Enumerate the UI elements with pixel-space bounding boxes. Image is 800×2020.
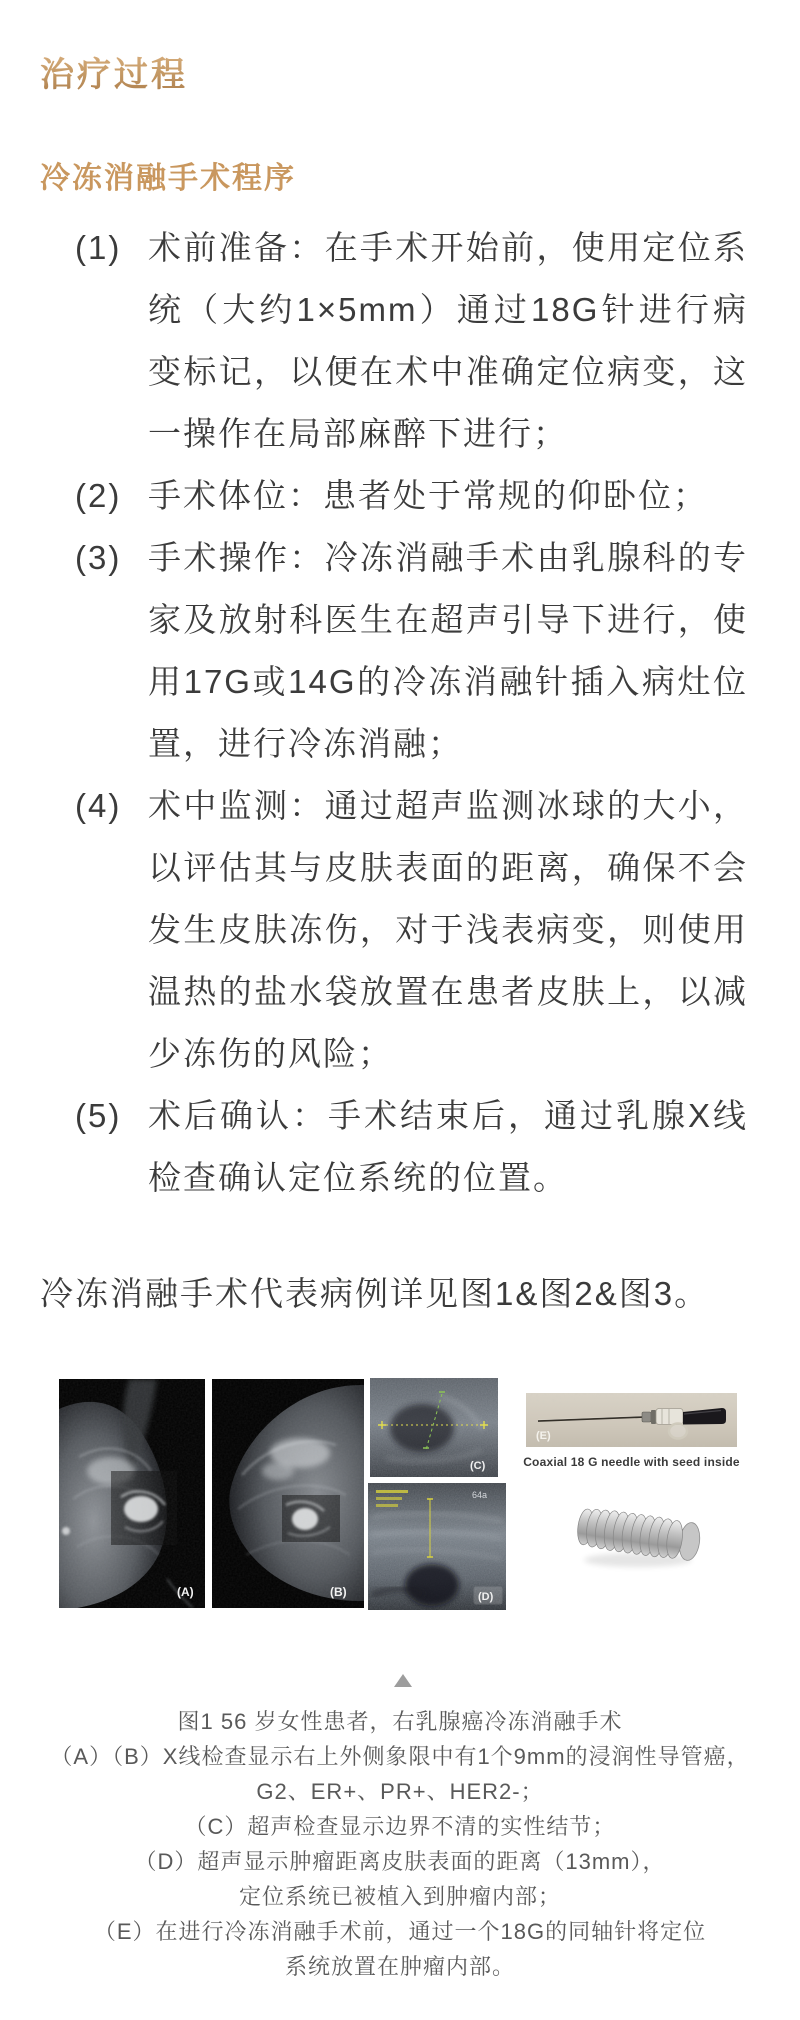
mammogram-a-graphic: (A): [59, 1379, 205, 1608]
list-item: (5) 术后确认：手术结束后，通过乳腺X线检查确认定位系统的位置。: [75, 1085, 748, 1209]
figure-caption-line: G2、ER+、PR+、HER2-；: [0, 1774, 800, 1809]
figure-caption-line: （D）超声显示肿瘤距离皮肤表面的距离（13mm），: [0, 1844, 800, 1879]
panel-label-a: (A): [177, 1585, 194, 1599]
figure-caption: 图1 56 岁女性患者，右乳腺癌冷冻消融手术 （A）（B）X线检查显示右上外侧象…: [0, 1704, 800, 1984]
mammogram-b-image: (B): [212, 1379, 364, 1608]
list-item-number: (2): [75, 465, 148, 527]
figure-caption-line: 图1 56 岁女性患者，右乳腺癌冷冻消融手术: [0, 1704, 800, 1739]
panel-label-c: (C): [470, 1460, 486, 1472]
ultrasound-d-image: 64a (D): [368, 1483, 506, 1610]
mammogram-b-graphic: (B): [212, 1379, 364, 1608]
mammogram-a-image: (A): [59, 1379, 205, 1608]
collapse-arrow-icon[interactable]: [394, 1674, 412, 1687]
list-item: (3) 手术操作：冷冻消融手术由乳腺科的专家及放射科医生在超声引导下进行，使用1…: [75, 527, 748, 775]
article-page: 治疗过程 冷冻消融手术程序 (1) 术前准备：在手术开始前，使用定位系统（大约1…: [0, 0, 800, 2020]
list-item-text: 手术操作：冷冻消融手术由乳腺科的专家及放射科医生在超声引导下进行，使用17G或1…: [148, 527, 748, 775]
list-item-text: 术中监测：通过超声监测冰球的大小，以评估其与皮肤表面的距离，确保不会发生皮肤冻伤…: [148, 775, 748, 1085]
list-item-number: (5): [75, 1085, 148, 1147]
list-item-text: 术前准备：在手术开始前，使用定位系统（大约1×5mm）通过18G针进行病变标记，…: [148, 217, 748, 465]
panel-label-b: (B): [330, 1585, 347, 1599]
page-title: 治疗过程: [40, 53, 188, 97]
procedure-list: (1) 术前准备：在手术开始前，使用定位系统（大约1×5mm）通过18G针进行病…: [75, 217, 748, 1209]
list-item: (4) 术中监测：通过超声监测冰球的大小，以评估其与皮肤表面的距离，确保不会发生…: [75, 775, 748, 1085]
seed-coil-image: [568, 1496, 704, 1574]
list-item-number: (3): [75, 527, 148, 589]
needle-caption: Coaxial 18 G needle with seed inside: [506, 1454, 757, 1470]
list-item-number: (4): [75, 775, 148, 837]
list-item-text: 手术体位：患者处于常规的仰卧位；: [148, 465, 748, 527]
list-item-number: (1): [75, 217, 148, 279]
section-subtitle: 冷冻消融手术程序: [40, 159, 296, 199]
ultrasound-frame-tag: 64a: [472, 1490, 487, 1500]
figure-caption-line: （C）超声检查显示边界不清的实性结节；: [0, 1809, 800, 1844]
ultrasound-d-graphic: 64a (D): [368, 1483, 506, 1610]
figure-caption-line: 系统放置在肿瘤内部。: [0, 1949, 800, 1984]
figure-caption-line: （E）在进行冷冻消融手术前，通过一个18G的同轴针将定位: [0, 1914, 800, 1949]
figure-caption-line: （A）（B）X线检查显示右上外侧象限中有1个9mm的浸润性导管癌，: [0, 1739, 800, 1774]
figure-reference-paragraph: 冷冻消融手术代表病例详见图1&图2&图3。: [40, 1271, 764, 1317]
list-item-text: 术后确认：手术结束后，通过乳腺X线检查确认定位系统的位置。: [148, 1085, 748, 1209]
needle-photo-graphic: (E): [526, 1393, 737, 1447]
panel-label-e: (E): [536, 1430, 551, 1442]
list-item: (1) 术前准备：在手术开始前，使用定位系统（大约1×5mm）通过18G针进行病…: [75, 217, 748, 465]
seed-coil-graphic: [568, 1496, 704, 1574]
list-item: (2) 手术体位：患者处于常规的仰卧位；: [75, 465, 748, 527]
figure-caption-line: 定位系统已被植入到肿瘤内部；: [0, 1879, 800, 1914]
needle-photo-image: (E): [526, 1393, 737, 1447]
panel-label-d: (D): [478, 1591, 494, 1603]
ultrasound-c-image: (C): [370, 1378, 498, 1477]
ultrasound-c-graphic: (C): [370, 1378, 498, 1477]
